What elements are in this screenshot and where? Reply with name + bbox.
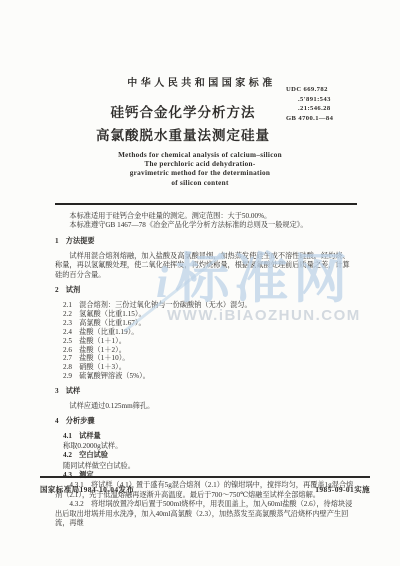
paragraph: 本标准适用于硅钙合金中硅量的测定。测定范围：大于50.00%。 <box>55 212 356 222</box>
english-title-line: of silicon content <box>0 179 400 188</box>
standard-header: 中华人民共和国国家标准 <box>0 74 400 89</box>
paragraph: 2.3 高氯酸（比重1.67）。 <box>55 319 356 328</box>
udc-line: .21:546.28 <box>286 104 333 114</box>
document-footer: 国家标准局1984-10-04发布 1985-09-01实施 <box>40 476 370 495</box>
section-heading: 2 试剂 <box>55 286 356 296</box>
paragraph: 2.8 硝酸（1＋3）。 <box>55 363 356 372</box>
english-title-line: gravimetric method for the determination <box>0 169 400 178</box>
paragraph: 随同试样做空白试验。 <box>55 462 356 471</box>
section-heading: 4 分析步骤 <box>55 417 356 427</box>
udc-line: .5′891:543 <box>286 95 333 105</box>
paragraph: 2.9 硫氰酸钾溶液（5%）。 <box>55 372 356 381</box>
english-title-line: The perchloric acid dehydration- <box>0 160 400 169</box>
paragraph: 2.7 盐酸（1＋10）。 <box>55 354 356 363</box>
standard-number: GB 4700.1—84 <box>286 114 333 124</box>
paragraph: 试样用混合熔剂熔融，加入盐酸及高氯酸冒烟，加热蒸发使硅生成不溶性硅酸，经灼烧、称… <box>55 252 356 281</box>
footer-issue-date: 国家标准局1984-10-04发布 <box>40 484 134 495</box>
section-heading: 4.1 试样量 <box>55 432 356 442</box>
footer-implement-date: 1985-09-01实施 <box>315 484 370 495</box>
paragraph: 2.1 混合熔剂：三份过氧化钠与一份碳酸钠（无水）混匀。 <box>55 301 356 310</box>
english-title-line: Methods for chemical analysis of calcium… <box>0 151 400 160</box>
document-title-line2: 高氯酸脱水重量法测定硅量 <box>18 124 348 144</box>
paragraph: 2.5 盐酸（1＋1）。 <box>55 337 356 346</box>
paragraph: 2.2 氢氟酸（比重1.15）。 <box>55 310 356 319</box>
paragraph: 2.4 盐酸（比重1.19）。 <box>55 328 356 337</box>
section-heading: 3 试样 <box>55 387 356 397</box>
paragraph: 称取0.2000g试样。 <box>55 442 356 451</box>
english-title: Methods for chemical analysis of calcium… <box>0 151 400 188</box>
document-page: UDC 669.782 .5′891:543 .21:546.28 GB 470… <box>0 0 400 566</box>
section-heading: 4.2 空白试验 <box>55 451 356 461</box>
udc-code-block: UDC 669.782 .5′891:543 .21:546.28 GB 470… <box>286 85 333 123</box>
paragraph: 4.3.2 将坩埚放置冷却后置于500ml烧杯中，用表皿盖上，加入60ml盐酸（… <box>55 500 356 529</box>
paragraph: 本标准遵守GB 1467—78《冶金产品化学分析方法标准的总则及一般规定》。 <box>55 221 356 231</box>
paragraph: 试样应通过0.125mm筛孔。 <box>55 402 356 412</box>
section-heading: 1 方法提要 <box>55 237 356 247</box>
header-divider <box>55 203 357 205</box>
udc-line: UDC 669.782 <box>286 85 333 95</box>
